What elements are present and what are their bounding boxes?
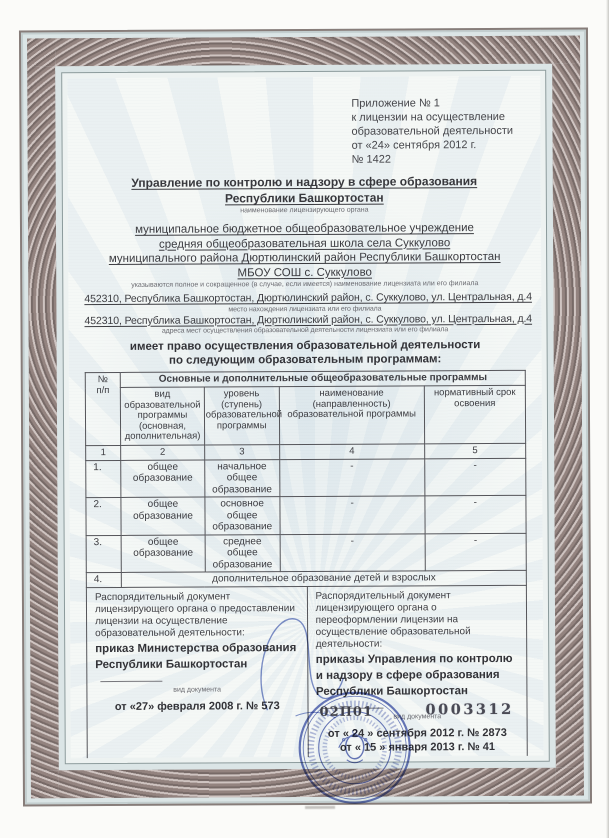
table-row: 1. общее образование начальное общее обр… [86, 458, 526, 498]
index-cell: 2 [121, 445, 205, 460]
row-level: начальное общее образование [204, 459, 279, 497]
blank-line [100, 671, 162, 681]
licensing-authority: Управление по контролю и надзору в сфере… [84, 173, 525, 216]
col-header-level: уровень (ступень) образовательной програ… [204, 387, 279, 445]
row-name: - [279, 458, 424, 496]
col-header-num: № п/п [85, 372, 121, 445]
blank-number: 0003312 [425, 701, 513, 718]
row-level: среднее общее образование [205, 534, 280, 572]
num-header-bottom: п/п [96, 385, 109, 396]
table-row: 3. общее образование среднее общее образ… [86, 533, 526, 573]
rights-statement: имеет право осуществления образовательно… [85, 339, 526, 368]
row-name: - [279, 496, 424, 534]
row-num: 3. [86, 535, 121, 573]
row-name: - [280, 533, 425, 571]
row-num: 1. [86, 460, 121, 498]
licensee-address-block: 452310, Республика Башкортостан, Дюртюли… [84, 291, 525, 336]
row-type: общее образование [121, 497, 205, 535]
row4-text: дополнительное образование детей и взрос… [121, 570, 526, 587]
index-cell: 1 [86, 445, 121, 460]
row-num: 2. [86, 497, 121, 535]
row-type: общее образование [121, 460, 205, 498]
table-row: 2. общее образование основное общее обра… [86, 495, 526, 535]
licensee-name-caption: указываются полное и сокращенное (в случ… [84, 279, 525, 290]
rights-line2: по следующим образовательным программам: [85, 352, 526, 368]
authority-name-line1: Управление по контролю и надзору в сфере… [84, 173, 525, 191]
programs-table: № п/п Основные и дополнительные общеобра… [85, 370, 527, 588]
licensee-name: муниципальное бюджетное общеобразователь… [84, 221, 525, 281]
printer-mark [305, 806, 335, 809]
index-cell: 4 [279, 443, 424, 459]
index-cell: 5 [424, 443, 525, 459]
rights-line1: имеет право осуществления образовательно… [85, 339, 526, 355]
row-type: общее образование [121, 535, 205, 573]
scanned-license-appendix-page: Приложение № 1 к лицензии на осуществлен… [0, 0, 609, 838]
appendix-line: № 1422 [352, 152, 525, 167]
licensee-name-line3: муниципального района Дюртюлинский район… [84, 250, 525, 267]
row-term: - [425, 533, 526, 571]
col-header-name: наименование (направленность) образовате… [279, 386, 424, 444]
appendix-header: Приложение № 1 к лицензии на осуществлен… [351, 96, 524, 167]
row-num: 4. [86, 572, 121, 587]
appendix-line: к лицензии на осуществление [351, 110, 524, 125]
num-header-top: № [98, 374, 108, 385]
appendix-line: от «24» сентября 2012 г. [352, 138, 525, 153]
appendix-line: Приложение № 1 [351, 96, 524, 111]
table-row-span: 4. дополнительное образование детей и вз… [86, 570, 526, 587]
activity-address: 452310, Республика Башкортостан, Дюртюли… [84, 312, 525, 327]
col-header-term: нормативный срок освоения [424, 385, 526, 443]
row-level: основное общее образование [205, 497, 280, 535]
licensee-address: 452310, Республика Башкортостан, Дюртюли… [84, 291, 525, 306]
row-term: - [424, 458, 525, 496]
index-cell: 3 [204, 444, 279, 459]
licensee-name-line1: муниципальное бюджетное общеобразователь… [84, 221, 525, 238]
authority-caption: наименование лицензирующего органа [84, 205, 525, 216]
blank-series: 02П01 [319, 705, 373, 720]
row-term: - [425, 495, 526, 533]
appendix-line: образовательной деятельности [351, 124, 524, 139]
col-header-type: вид образовательной программы (основная,… [121, 387, 205, 445]
scan-area: Приложение № 1 к лицензии на осуществлен… [0, 0, 609, 838]
